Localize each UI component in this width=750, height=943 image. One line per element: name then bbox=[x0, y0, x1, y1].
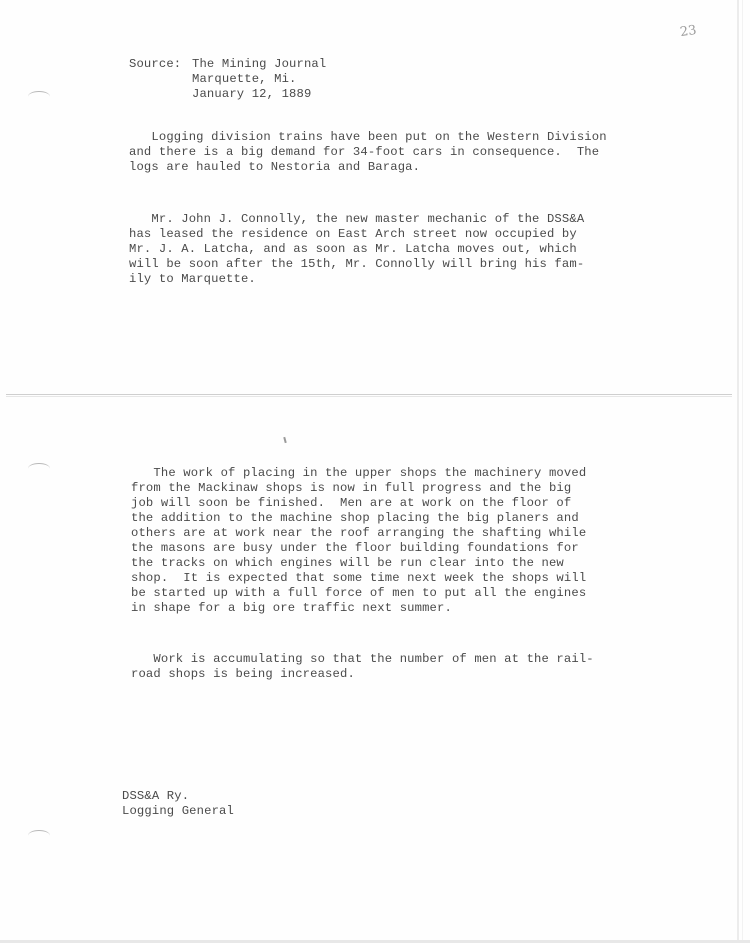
punch-hole-mark-top bbox=[28, 91, 50, 102]
paragraph-work-accumulating: Work is accumulating so that the number … bbox=[131, 652, 594, 682]
scan-speck bbox=[283, 437, 286, 443]
source-citation: The Mining Journal Marquette, Mi. Januar… bbox=[192, 57, 326, 102]
text-line: Work is accumulating so that the number … bbox=[131, 652, 594, 666]
paper-fold-line bbox=[6, 394, 732, 395]
text-line: road shops is being increased. bbox=[131, 667, 355, 681]
page-edge-shadow-outer bbox=[742, 0, 743, 943]
text-line: others are at work near the roof arrangi… bbox=[131, 526, 586, 540]
text-line: the tracks on which engines will be run … bbox=[131, 556, 564, 570]
handwritten-page-number: 23 bbox=[679, 23, 697, 40]
text-line: be started up with a full force of men t… bbox=[131, 586, 586, 600]
text-line: from the Mackinaw shops is now in full p… bbox=[131, 481, 571, 495]
text-line: logs are hauled to Nestoria and Baraga. bbox=[129, 160, 420, 174]
text-line: ily to Marquette. bbox=[129, 272, 256, 286]
text-line: The work of placing in the upper shops t… bbox=[131, 466, 586, 480]
text-line: in shape for a big ore traffic next summ… bbox=[131, 601, 452, 615]
punch-hole-mark-middle bbox=[28, 463, 50, 474]
text-line: the addition to the machine shop placing… bbox=[131, 511, 579, 525]
paragraph-logging-trains: Logging division trains have been put on… bbox=[129, 130, 607, 175]
text-line: shop. It is expected that some time next… bbox=[131, 571, 586, 585]
source-label: Source: bbox=[129, 57, 181, 72]
text-line: will be soon after the 15th, Mr. Connoll… bbox=[129, 257, 584, 271]
text-line: Mr. J. A. Latcha, and as soon as Mr. Lat… bbox=[129, 242, 577, 256]
paper-fold-line-shadow bbox=[6, 396, 732, 397]
text-line: the masons are busy under the floor buil… bbox=[131, 541, 579, 555]
page-edge-shadow bbox=[737, 0, 739, 943]
paragraph-upper-shops: The work of placing in the upper shops t… bbox=[131, 466, 586, 616]
text-line: Mr. John J. Connolly, the new master mec… bbox=[129, 212, 584, 226]
scanned-document-page: 23 Source: The Mining Journal Marquette,… bbox=[0, 0, 750, 943]
text-line: has leased the residence on East Arch st… bbox=[129, 227, 577, 241]
source-date: January 12, 1889 bbox=[192, 87, 311, 101]
text-line: and there is a big demand for 34-foot ca… bbox=[129, 145, 599, 159]
source-location: Marquette, Mi. bbox=[192, 72, 297, 86]
subject-footer: DSS&A Ry. Logging General bbox=[122, 789, 234, 819]
text-line: Logging division trains have been put on… bbox=[129, 130, 607, 144]
footer-category: Logging General bbox=[122, 804, 234, 818]
text-line: job will soon be finished. Men are at wo… bbox=[131, 496, 571, 510]
footer-railway: DSS&A Ry. bbox=[122, 789, 189, 803]
punch-hole-mark-bottom bbox=[28, 830, 50, 841]
paragraph-connolly: Mr. John J. Connolly, the new master mec… bbox=[129, 212, 584, 287]
source-publication: The Mining Journal bbox=[192, 57, 326, 71]
